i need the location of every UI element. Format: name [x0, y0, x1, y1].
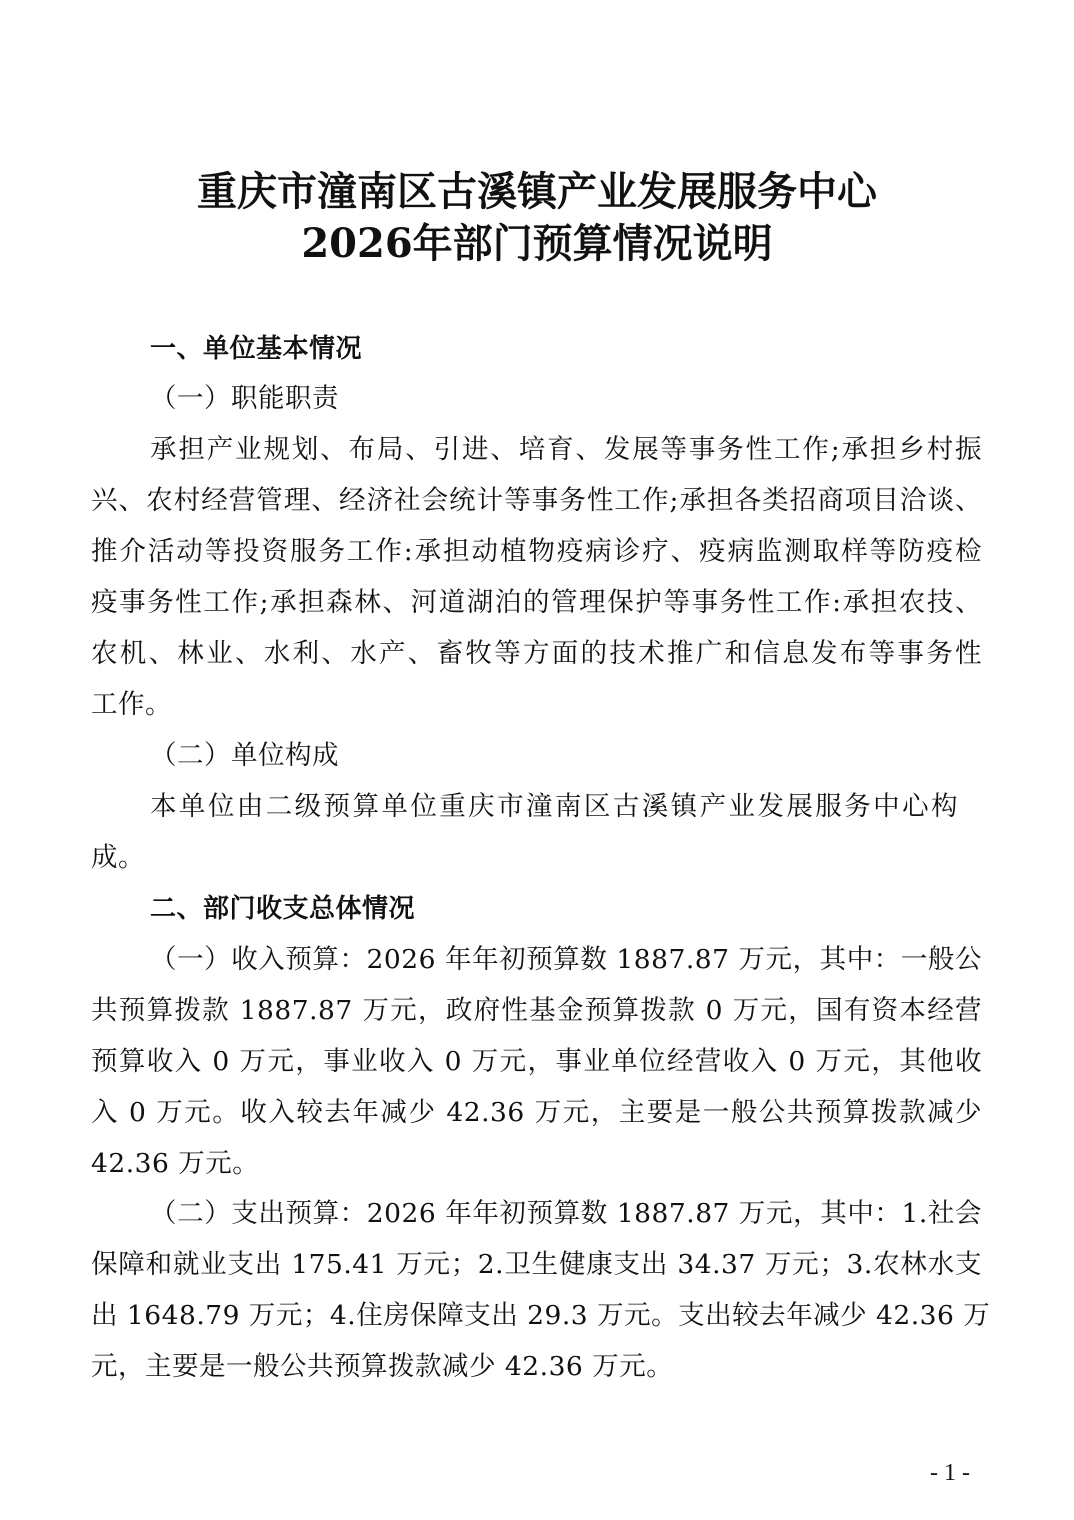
page-number: - 1 - — [930, 1460, 970, 1487]
paragraph-line: 入 0 万元。收入较去年减少 42.36 万元，主要是一般公共预算拨款减少 — [91, 1096, 982, 1130]
title-line-1: 重庆市潼南区古溪镇产业发展服务中心 — [0, 166, 1074, 218]
paragraph-line: 成。 — [91, 841, 991, 875]
paragraph-line: （一）收入预算：2026 年年初预算数 1887.87 万元，其中：一般公 — [150, 943, 982, 977]
section-1-heading: 一、单位基本情况 — [150, 332, 1050, 366]
paragraph-line: 疫事务性工作;承担森林、河道湖泊的管理保护等事务性工作:承担农技、 — [91, 586, 982, 620]
paragraph-line: 出 1648.79 万元；4.住房保障支出 29.3 万元。支出较去年减少 42… — [91, 1299, 982, 1333]
paragraph-line: 承担产业规划、布局、引进、培育、发展等事务性工作;承担乡村振 — [150, 433, 982, 467]
paragraph-line: 预算收入 0 万元，事业收入 0 万元，事业单位经营收入 0 万元，其他收 — [91, 1045, 982, 1079]
paragraph-line: 42.36 万元。 — [91, 1147, 991, 1181]
paragraph-line: 兴、农村经营管理、经济社会统计等事务性工作;承担各类招商项目洽谈、 — [91, 484, 982, 518]
paragraph-line: 本单位由二级预算单位重庆市潼南区古溪镇产业发展服务中心构 — [150, 790, 958, 824]
title-line-2: 2026年部门预算情况说明 — [0, 218, 1074, 270]
paragraph-line: （二）支出预算：2026 年年初预算数 1887.87 万元，其中：1.社会 — [150, 1197, 982, 1231]
section-2-heading: 二、部门收支总体情况 — [150, 892, 1050, 926]
paragraph-line: 共预算拨款 1887.87 万元，政府性基金预算拨款 0 万元，国有资本经营 — [91, 994, 982, 1028]
paragraph-line: 工作。 — [91, 688, 991, 722]
paragraph-line: 元，主要是一般公共预算拨款减少 42.36 万元。 — [91, 1350, 991, 1384]
section-1-sub2-heading: （二）单位构成 — [150, 739, 1050, 773]
paragraph-line: 保障和就业支出 175.41 万元；2.卫生健康支出 34.37 万元；3.农林… — [91, 1248, 982, 1282]
paragraph-line: 推介活动等投资服务工作:承担动植物疫病诊疗、疫病监测取样等防疫检 — [91, 535, 982, 569]
section-1-sub1-heading: （一）职能职责 — [150, 382, 1050, 416]
paragraph-line: 农机、林业、水利、水产、畜牧等方面的技术推广和信息发布等事务性 — [91, 637, 982, 671]
